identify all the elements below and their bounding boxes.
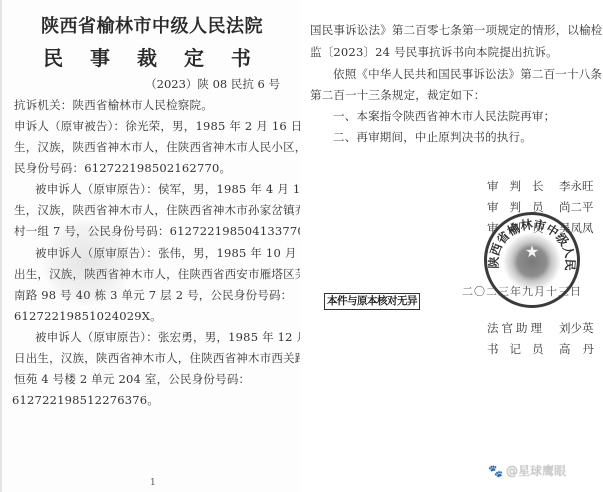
staff-clerk: 书记员高丹 (487, 341, 603, 357)
ruling-item-1: 一、本案指令陕西省神木市人民法院再审； (333, 108, 555, 124)
watermark: 🐾@星球鹰眼 (488, 462, 566, 479)
staff-role: 书记员 (487, 341, 555, 357)
body-line: 第二百一十三条规定，裁定如下： (310, 87, 486, 103)
body-line: 恒苑 4 号楼 2 单元 204 室，公民身份号码： (14, 371, 250, 387)
watermark-text: @星球鹰眼 (506, 464, 566, 478)
paw-icon: 🐾 (488, 464, 503, 478)
signature-role: 审判长 (487, 178, 555, 194)
body-line: 612722198512276376。 (12, 392, 159, 408)
page-number: 1 (150, 478, 156, 488)
document-type-title: 民 事 裁 定 书 (2, 42, 302, 71)
left-document-page: 陕西省榆林市中级人民法院 民 事 裁 定 书 （2023）陕 08 民抗 6 号… (0, 0, 302, 492)
body-line: 民身份号码：612722198502162770。 (14, 160, 231, 176)
body-line: 抗诉机关：陕西省榆林市人民检察院。 (14, 97, 213, 113)
svg-text:陕西省榆林市中级人民法院: 陕西省榆林市中级人民法院 (483, 209, 577, 271)
body-line: 被申诉人（原审原告）：张宏勇，男，1985 年 12 月 27 (35, 329, 327, 345)
body-line: 国民事诉讼法》第二百零七条第一项规定的情形，以榆检民 (310, 22, 603, 38)
case-number: （2023）陕 08 民抗 6 号 (145, 76, 280, 92)
staff-role: 法官助理 (487, 320, 555, 336)
staff-judge-assistant: 法官助理刘少英 (487, 320, 594, 336)
seal-text: 陕西省榆林市中级人民法院 (483, 209, 577, 271)
court-name: 陕西省榆林市中级人民法院 (2, 12, 302, 38)
blurred-stamp-mark (42, 220, 132, 305)
ruling-date: 二〇二三年九月十三日 (462, 283, 582, 299)
body-line: 被申诉人（原审原告）：侯军，男，1985 年 4 月 13 日出 (35, 181, 335, 197)
verification-stamp: 本件与原本核对无异 (324, 293, 420, 310)
body-line: 申诉人（原审被告）：徐光荣，男，1985 年 2 月 16 日出 (14, 118, 314, 134)
ruling-item-2: 二、再审期间，中止原判决书的执行。 (333, 129, 532, 145)
body-line: 监〔2023〕24 号民事抗诉书向本院提出抗诉。 (310, 44, 558, 60)
signature-name: 李永旺 (559, 178, 594, 194)
staff-name: 高丹 (559, 341, 603, 357)
body-line: 生，汉族，陕西省神木市人，住陕西省神木市人民小区，公 (14, 139, 318, 155)
body-line: 日出生，汉族，陕西省神木市人，住陕西省神木市西关路万 (14, 350, 318, 366)
body-line: 生，汉族，陕西省神木市人，住陕西省神木市孙家岔镇乔塔 (14, 202, 318, 218)
body-line: 61272219851024029X。 (14, 308, 162, 324)
body-line: 依照《中华人民共和国民事诉讼法》第二百一十八条、 (333, 66, 603, 82)
signature-chief-judge: 审判长李永旺 (487, 178, 594, 194)
staff-name: 刘少英 (559, 320, 594, 336)
